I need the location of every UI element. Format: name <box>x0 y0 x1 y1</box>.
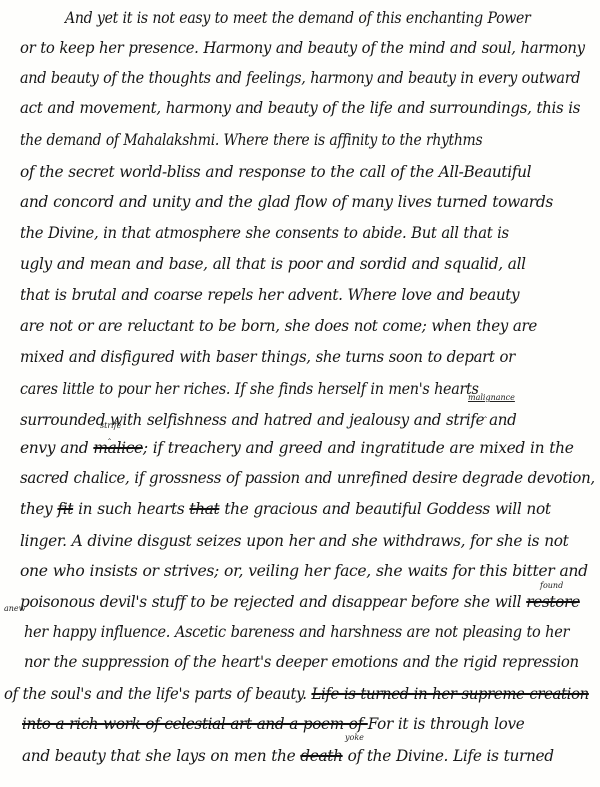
line-text: For it is through love <box>368 715 525 733</box>
manuscript-line: envy and malice; if treachery and greed … <box>20 433 585 463</box>
struck-text: death <box>300 747 342 765</box>
manuscript-line: ugly and mean and base, all that is poor… <box>20 249 580 279</box>
line-text: surrounded with selfishness and hatred a… <box>20 411 446 429</box>
manuscript-line: and concord and unity and the glad flow … <box>20 187 585 217</box>
struck-text: Life is turned in her supreme creation <box>311 685 588 703</box>
manuscript-line: they fit in such hearts that the graciou… <box>20 494 580 524</box>
line-text: strife <box>446 411 484 429</box>
line-text: the gracious and beautiful Goddess will … <box>219 500 550 518</box>
struck-text: into a rich work of celestial art and a … <box>22 715 368 733</box>
line-text: or to keep her presence. Harmony and bea… <box>20 39 585 57</box>
line-text: ; if treachery and greed and ingratitude… <box>143 439 574 457</box>
line-text: the demand of Mahalakshmi. Where there i… <box>20 131 482 149</box>
manuscript-line: one who insists or strives; or, veiling … <box>20 556 590 586</box>
manuscript-line: the Divine, in that atmosphere she conse… <box>20 218 560 248</box>
line-text: pleasing to her <box>458 623 569 641</box>
line-text: of the Divine. Life is turned <box>343 747 554 765</box>
manuscript-line: into a rich work of celestial art and a … <box>22 709 577 739</box>
manuscript-line: of the secret world-bliss and response t… <box>20 157 580 187</box>
line-text: sacred chalice, if grossness of passion … <box>20 469 595 487</box>
manuscript-line: nor the suppression of the heart's deepe… <box>24 647 569 677</box>
line-text: mixed and disfigured with baser things, … <box>20 348 515 366</box>
interlinear-insertion: malignance <box>468 393 515 403</box>
line-text: poisonous devil's stuff to be rejected a… <box>20 593 526 611</box>
line-text: and beauty that she lays on men the <box>22 747 300 765</box>
line-text: and beauty of the thoughts and feelings,… <box>20 69 580 87</box>
line-text: cares little to pour her riches. If she … <box>20 380 479 398</box>
struck-text: restore <box>526 593 580 611</box>
line-text: act and movement, harmony and beauty of … <box>20 99 580 117</box>
manuscript-line: or to keep her presence. Harmony and bea… <box>20 33 563 63</box>
line-text: of the soul's and the life's parts of be… <box>4 685 311 703</box>
line-text: envy and <box>20 439 93 457</box>
manuscript-line: poisonous devil's stuff to be rejected a… <box>20 587 580 617</box>
line-text: are not or are reluctant to be born, she… <box>20 317 537 335</box>
interlinear-insertion: anew <box>4 604 26 614</box>
struck-text: that <box>189 500 219 518</box>
interlinear-insertion: found <box>540 581 563 591</box>
manuscript-line: are not or are reluctant to be born, she… <box>20 311 570 341</box>
line-text: and <box>484 411 516 429</box>
manuscript-line: act and movement, harmony and beauty of … <box>20 93 569 123</box>
struck-text: malice <box>93 439 142 457</box>
line-text: the Divine, in that atmosphere she conse… <box>20 224 509 242</box>
manuscript-line: her happy influence. Ascetic bareness an… <box>24 617 555 647</box>
interlinear-insertion: yoke <box>345 733 364 743</box>
manuscript-line: and beauty of the thoughts and feelings,… <box>20 63 547 93</box>
line-text: linger. A divine disgust seizes upon her… <box>20 532 568 550</box>
manuscript-line: and beauty that she lays on men the deat… <box>22 741 582 771</box>
manuscript-line: And yet it is not easy to meet the deman… <box>65 3 580 33</box>
manuscript-line: sacred chalice, if grossness of passion … <box>20 463 568 493</box>
line-text: that is brutal and coarse repels her adv… <box>20 286 519 304</box>
line-text: ugly and mean and base, all that is poor… <box>20 255 526 273</box>
manuscript-line: the demand of Mahalakshmi. Where there i… <box>20 125 530 155</box>
interlinear-insertion: strife <box>100 421 121 431</box>
line-text: in such hearts <box>73 500 189 518</box>
manuscript-line: linger. A divine disgust seizes upon her… <box>20 526 580 556</box>
insertion-caret-icon: ‸ <box>484 410 487 419</box>
line-text: they <box>20 500 57 518</box>
line-text: her happy influence. Ascetic bareness an… <box>24 623 435 641</box>
manuscript-line: that is brutal and coarse repels her adv… <box>20 280 575 310</box>
manuscript-line: of the soul's and the life's parts of be… <box>4 679 546 709</box>
line-text: not <box>435 623 458 641</box>
line-text: And yet it is not easy to meet the deman… <box>65 9 530 27</box>
struck-text: fit <box>57 500 73 518</box>
manuscript-line: cares little to pour her riches. If she … <box>20 374 545 404</box>
line-text: nor the suppression of the heart's deepe… <box>24 653 579 671</box>
line-text: of the secret world-bliss and response t… <box>20 163 531 181</box>
line-text: one who insists or strives; or, veiling … <box>20 562 588 580</box>
manuscript-line: mixed and disfigured with baser things, … <box>20 342 565 372</box>
insertion-caret-icon: ‸ <box>108 432 111 441</box>
line-text: and concord and unity and the glad flow … <box>20 193 553 211</box>
manuscript-page: And yet it is not easy to meet the deman… <box>0 0 600 787</box>
